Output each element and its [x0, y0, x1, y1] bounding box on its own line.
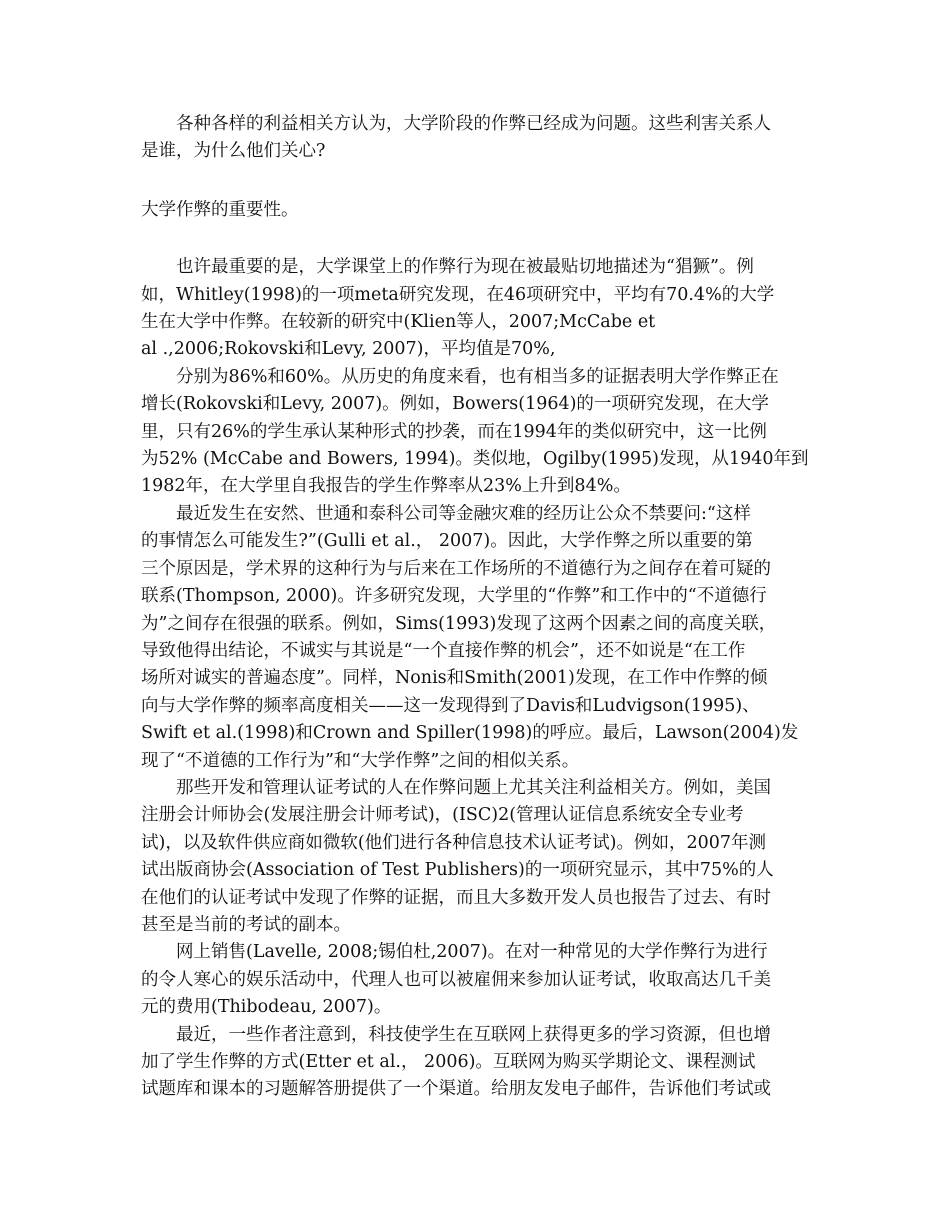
- section-heading: 大学作弊的重要性。: [141, 197, 813, 224]
- text-line: 各种各样的利益相关方认为，大学阶段的作弊已经成为问题。这些利害关系人: [141, 111, 813, 138]
- text-line: 注册会计师协会(发展注册会计师考试)，(ISC)2(管理认证信息系统安全专业考: [141, 802, 813, 829]
- text-line: Swift et al.(1998)和Crown and Spiller(199…: [141, 720, 813, 747]
- paragraph-workplace: 最近发生在安然、世通和泰科公司等金融灾难的经历让公众不禁要问:“这样 的事情怎么…: [141, 501, 813, 775]
- text-line: 网上销售(Lavelle, 2008;锡伯杜,2007)。在对一种常见的大学作弊…: [141, 939, 813, 966]
- paragraph-technology: 最近，一些作者注意到，科技使学生在互联网上获得更多的学习资源，但也增 加了学生作…: [141, 1022, 813, 1104]
- text-line: 那些开发和管理认证考试的人在作弊问题上尤其关注利益相关方。例如，美国: [141, 775, 813, 802]
- text-line: 试)，以及软件供应商如微软(他们进行各种信息技术认证考试)。例如，2007年测: [141, 830, 813, 857]
- text-line: 联系(Thompson, 2000)。许多研究发现，大学里的“作弊”和工作中的“…: [141, 583, 813, 610]
- text-line: 试题库和课本的习题解答册提供了一个渠道。给朋友发电子邮件，告诉他们考试或: [141, 1076, 813, 1103]
- text-line: 最近，一些作者注意到，科技使学生在互联网上获得更多的学习资源，但也增: [141, 1022, 813, 1049]
- text-line: 也许最重要的是，大学课堂上的作弊行为现在被最贴切地描述为“猖獗”。例: [141, 254, 813, 281]
- text-line: 加了学生作弊的方式(Etter et al.， 2006)。互联网为购买学期论文…: [141, 1049, 813, 1076]
- text-line: 生在大学中作弊。在较新的研究中(Klien等人，2007;McCabe et: [141, 309, 813, 336]
- text-line: 试出版商协会(Association of Test Publishers)的一…: [141, 857, 813, 884]
- text-line: 向与大学作弊的频率高度相关——这一发现得到了Davis和Ludvigson(19…: [141, 693, 813, 720]
- text-line: al .,2006;Rokovski和Levy, 2007)，平均值是70%,: [141, 336, 813, 363]
- text-line: 的令人寒心的娱乐活动中，代理人也可以被雇佣来参加认证考试，收取高达几千美: [141, 967, 813, 994]
- paragraph-history: 分别为86%和60%。从历史的角度来看，也有相当多的证据表明大学作弊正在 增长(…: [141, 364, 813, 501]
- text-line: 里，只有26%的学生承认某种形式的抄袭，而在1994年的类似研究中，这一比例: [141, 419, 813, 446]
- document-page: 各种各样的利益相关方认为，大学阶段的作弊已经成为问题。这些利害关系人 是谁，为什…: [141, 111, 813, 1104]
- text-line: 为”之间存在很强的联系。例如，Sims(1993)发现了这两个因素之间的高度关联…: [141, 611, 813, 638]
- heading-text: 大学作弊的重要性。: [141, 197, 813, 224]
- text-line: 甚至是当前的考试的副本。: [141, 912, 813, 939]
- text-line: 元的费用(Thibodeau, 2007)。: [141, 994, 813, 1021]
- text-line: 为52% (McCabe and Bowers, 1994)。类似地，Ogilb…: [141, 446, 813, 473]
- text-line: 三个原因是，学术界的这种行为与后来在工作场所的不道德行为之间存在着可疑的: [141, 556, 813, 583]
- text-line: 最近发生在安然、世通和泰科公司等金融灾难的经历让公众不禁要问:“这样: [141, 501, 813, 528]
- text-line: 增长(Rokovski和Levy, 2007)。例如，Bowers(1964)的…: [141, 391, 813, 418]
- text-line: 场所对诚实的普遍态度”。同样，Nonis和Smith(2001)发现，在工作中作…: [141, 665, 813, 692]
- paragraph-prevalence: 也许最重要的是，大学课堂上的作弊行为现在被最贴切地描述为“猖獗”。例 如，Whi…: [141, 254, 813, 364]
- text-line: 在他们的认证考试中发现了作弊的证据，而且大多数开发人员也报告了过去、有时: [141, 885, 813, 912]
- paragraph-online-sales: 网上销售(Lavelle, 2008;锡伯杜,2007)。在对一种常见的大学作弊…: [141, 939, 813, 1021]
- text-line: 如，Whitley(1998)的一项meta研究发现，在46项研究中，平均有70…: [141, 282, 813, 309]
- text-line: 的事情怎么可能发生?”(Gulli et al.， 2007)。因此，大学作弊之…: [141, 528, 813, 555]
- text-line: 1982年，在大学里自我报告的学生作弊率从23%上升到84%。: [141, 473, 813, 500]
- text-line: 是谁，为什么他们关心?: [141, 138, 813, 165]
- text-line: 现了“不道德的工作行为”和“大学作弊”之间的相似关系。: [141, 748, 813, 775]
- paragraph-certification: 那些开发和管理认证考试的人在作弊问题上尤其关注利益相关方。例如，美国 注册会计师…: [141, 775, 813, 939]
- paragraph-intro: 各种各样的利益相关方认为，大学阶段的作弊已经成为问题。这些利害关系人 是谁，为什…: [141, 111, 813, 166]
- text-line: 导致他得出结论，不诚实与其说是“一个直接作弊的机会”，还不如说是“在工作: [141, 638, 813, 665]
- text-line: 分别为86%和60%。从历史的角度来看，也有相当多的证据表明大学作弊正在: [141, 364, 813, 391]
